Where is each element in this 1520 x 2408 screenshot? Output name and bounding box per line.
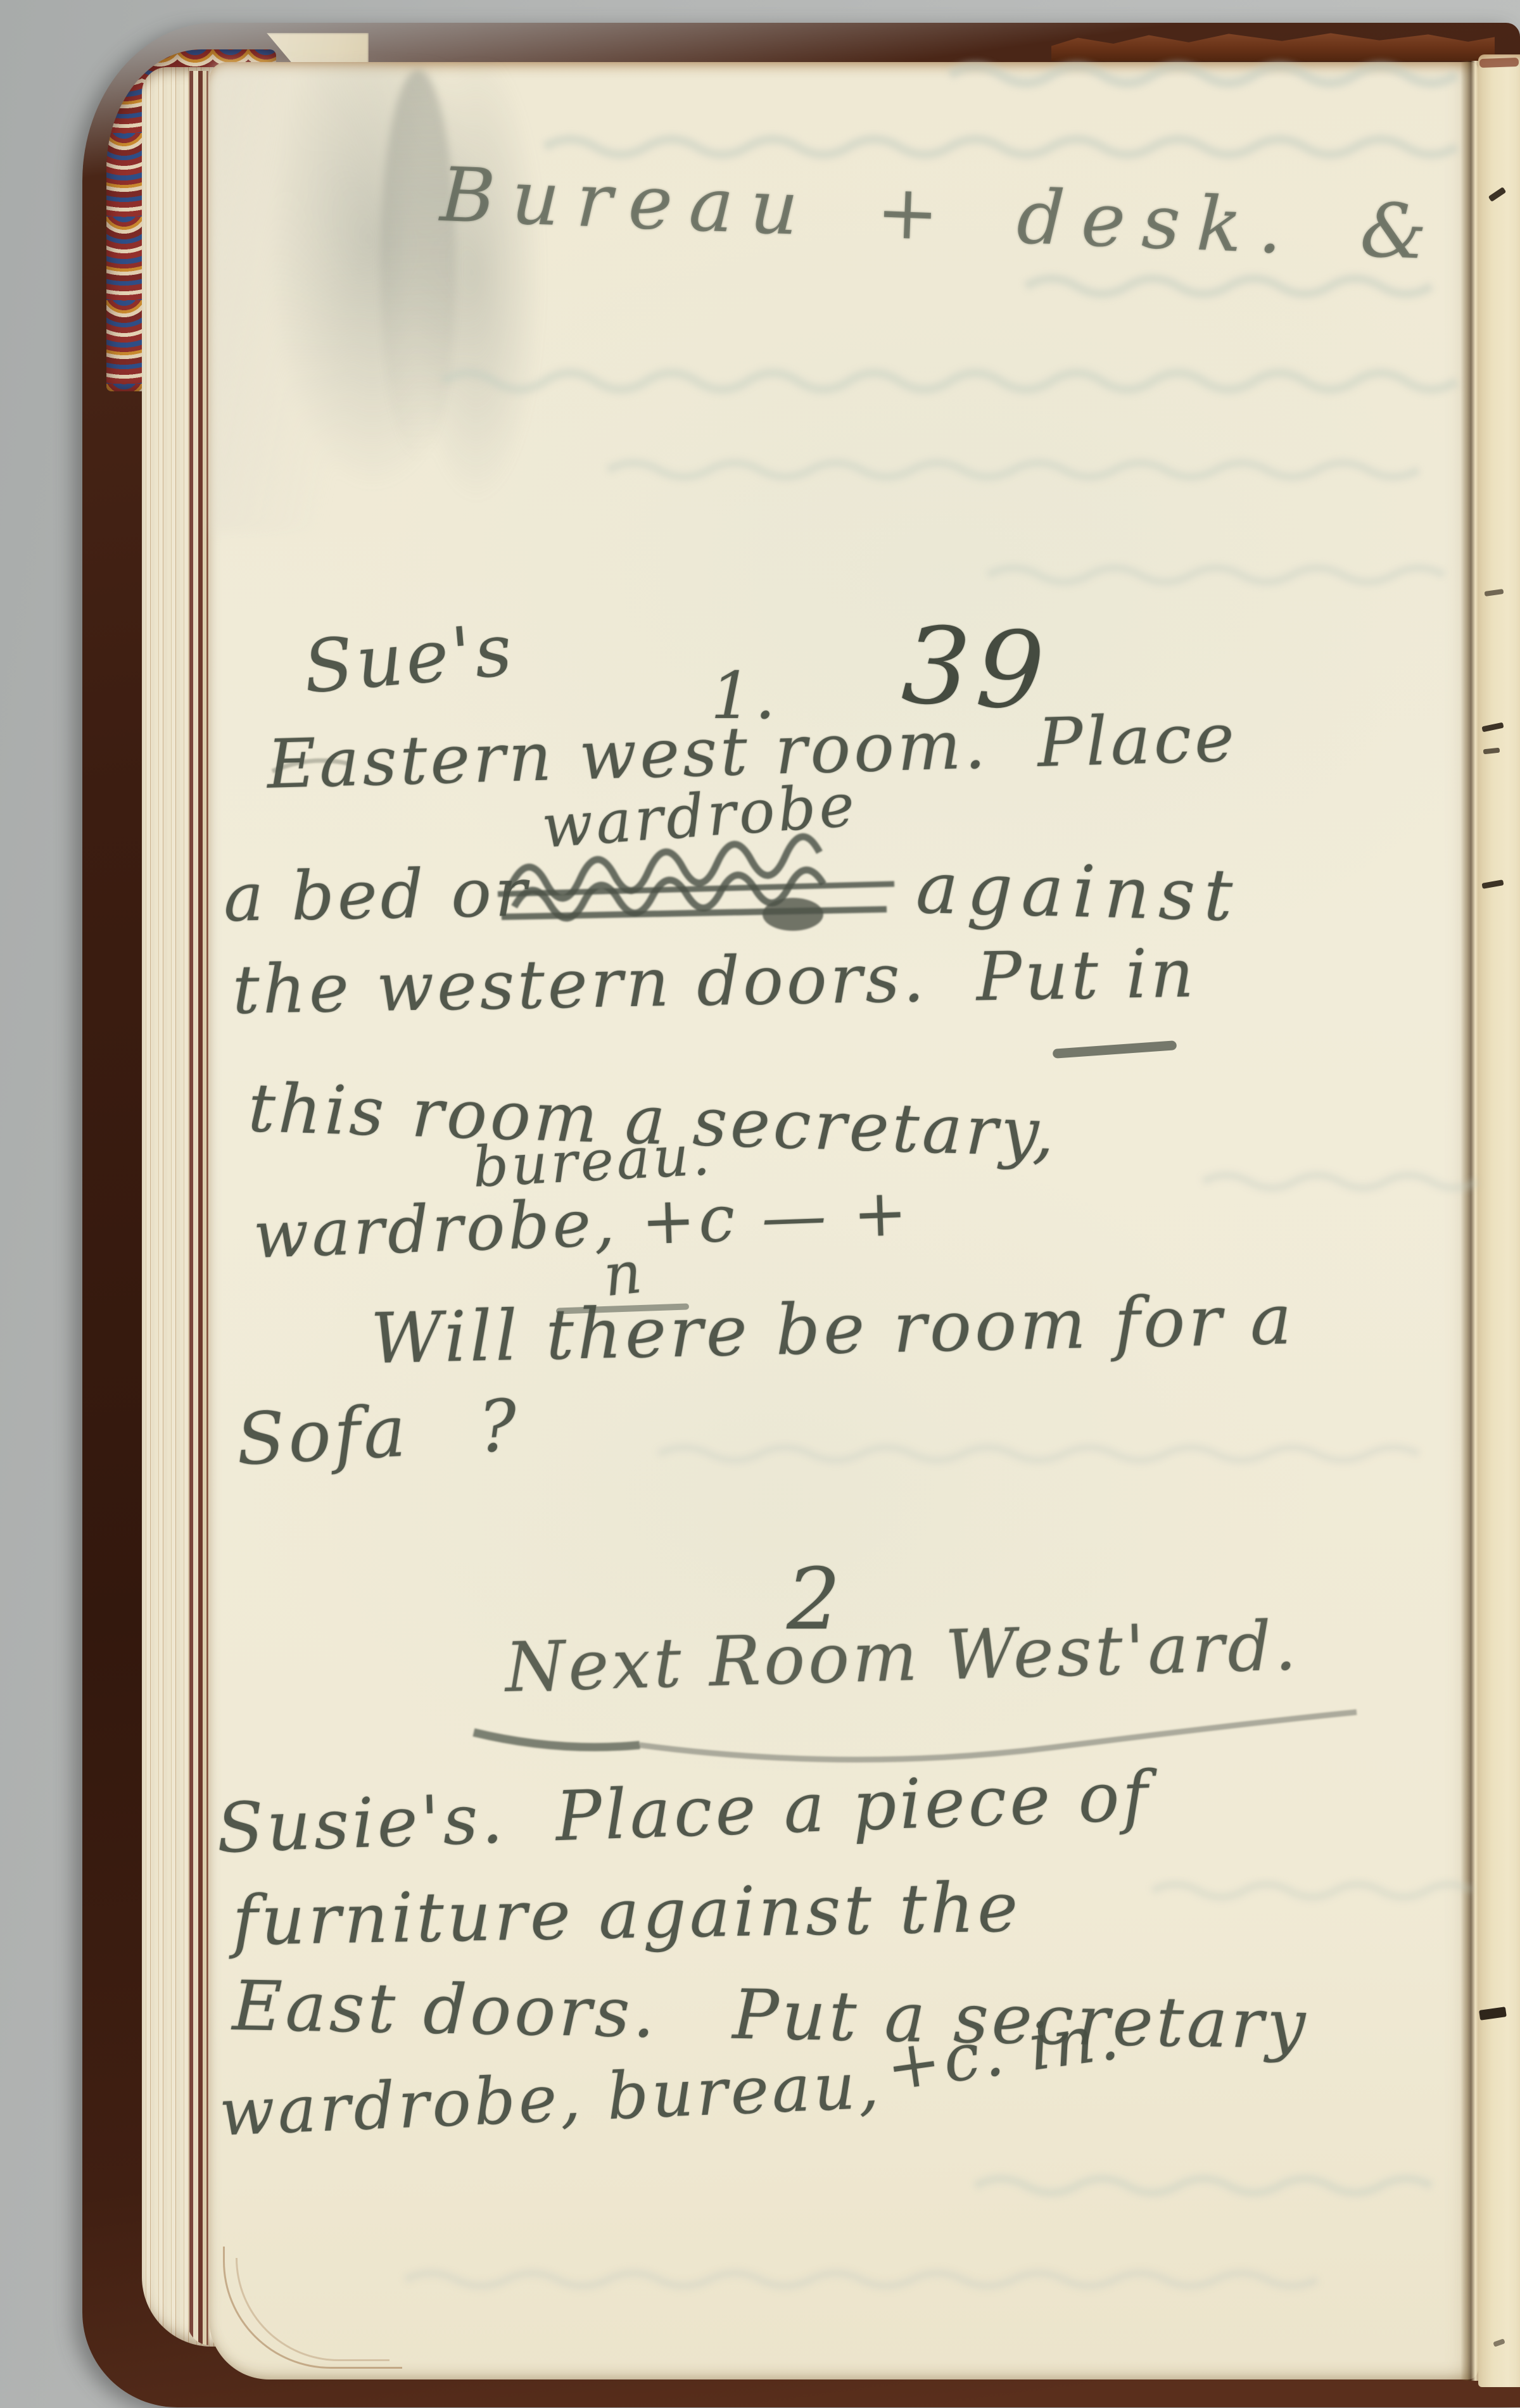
section1-line7: Sofa ? <box>234 1385 522 1482</box>
section1-line2-start: a bed or <box>223 854 531 936</box>
section2-underline <box>474 1712 1357 1760</box>
section2-line2: furniture against the <box>232 1868 1022 1961</box>
notebook-photograph: Bureau + desk. & Sue's 1. 39 Eastern wes… <box>0 0 1520 2408</box>
section1-line2-end: against <box>915 847 1243 938</box>
